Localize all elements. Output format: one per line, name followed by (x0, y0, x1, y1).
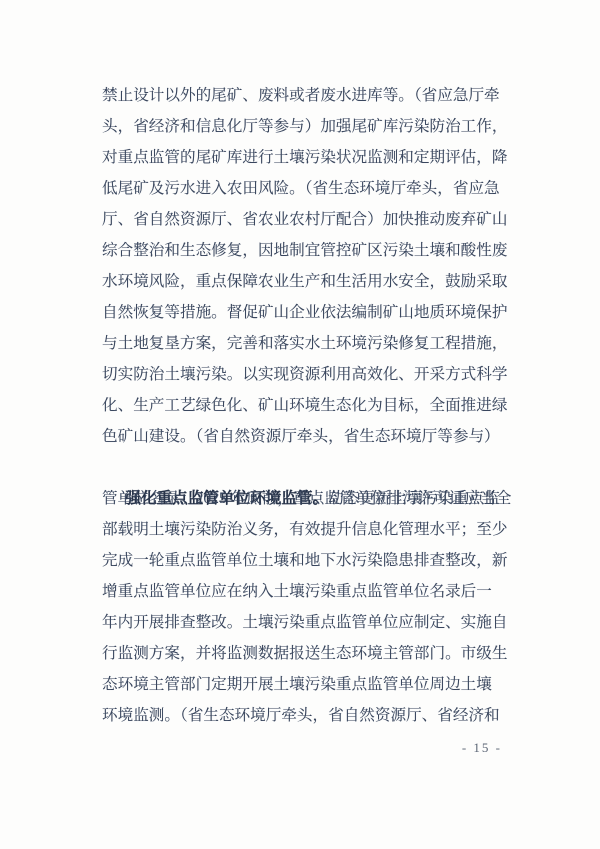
paragraph2-line: 态环境主管部门定期开展土壤污染重点监管单位周边土壤 (102, 669, 512, 700)
paragraph1-line: 厅、省自然资源厅、省农业农村厅配合）加快推动废弃矿山 (102, 204, 512, 235)
paragraph2-line: 增重点监管单位应在纳入土壤污染重点监管单位名录后一 (102, 576, 512, 607)
document-page: 禁止设计以外的尾矿、废料或者废水进库等。（省应急厅牵 头，省经济和信息化厅等参与… (0, 0, 600, 849)
paragraph2-line: 管单位名录。2025 年底前，重点监管单位排污许可证应当全 (102, 483, 512, 514)
paragraph1-line: 切实防治土壤污染。以实现资源利用高效化、开采方式科学 (102, 359, 512, 390)
paragraph2-line: 年内开展排查整改。土壤污染重点监管单位应制定、实施自 (102, 607, 512, 638)
paragraph1-line: 自然恢复等措施。督促矿山企业依法编制矿山地质环境保护 (102, 297, 512, 328)
paragraph1-line: 综合整治和生态修复，因地制宜管控矿区污染土壤和酸性废 (102, 235, 512, 266)
paragraph2-line: 行监测方案，并将监测数据报送生态环境主管部门。市级生 (102, 638, 512, 669)
paragraph1-line: 与土地复垦方案，完善和落实水土环境污染修复工程措施， (102, 328, 512, 359)
paragraph1-line: 水环境风险，重点保障农业生产和生活用水安全，鼓励采取 (102, 266, 512, 297)
paragraph2-line: 部载明土壤污染防治义务，有效提升信息化管理水平；至少 (102, 514, 512, 545)
paragraph2-line: 环境监测。（省生态环境厅牵头，省自然资源厅、省经济和 (102, 700, 512, 731)
paragraph2-line: 完成一轮重点监管单位土壤和地下水污染隐患排查整改，新 (102, 545, 512, 576)
paragraph1-line: 头，省经济和信息化厅等参与）加强尾矿库污染防治工作， (102, 111, 512, 142)
page-number: - 15 - (462, 740, 502, 756)
paragraph1-line: 禁止设计以外的尾矿、废料或者废水进库等。（省应急厅牵 (102, 80, 512, 111)
paragraph1-line: 对重点监管的尾矿库进行土壤污染状况监测和定期评估，降 (102, 142, 512, 173)
paragraph1-line: 低尾矿及污水进入农田风险。（省生态环境厅牵头，省应急 (102, 173, 512, 204)
paragraph1-line: 色矿山建设。（省自然资源厅牵头，省生态环境厅等参与） (102, 421, 512, 452)
paragraph2-first-line: 强化重点监管单位环境监管。动态更新土壤污染重点监 (102, 452, 512, 483)
body-text: 禁止设计以外的尾矿、废料或者废水进库等。（省应急厅牵 头，省经济和信息化厅等参与… (102, 80, 512, 731)
paragraph1-line: 化、生产工艺绿色化、矿山环境生态化为目标，全面推进绿 (102, 390, 512, 421)
